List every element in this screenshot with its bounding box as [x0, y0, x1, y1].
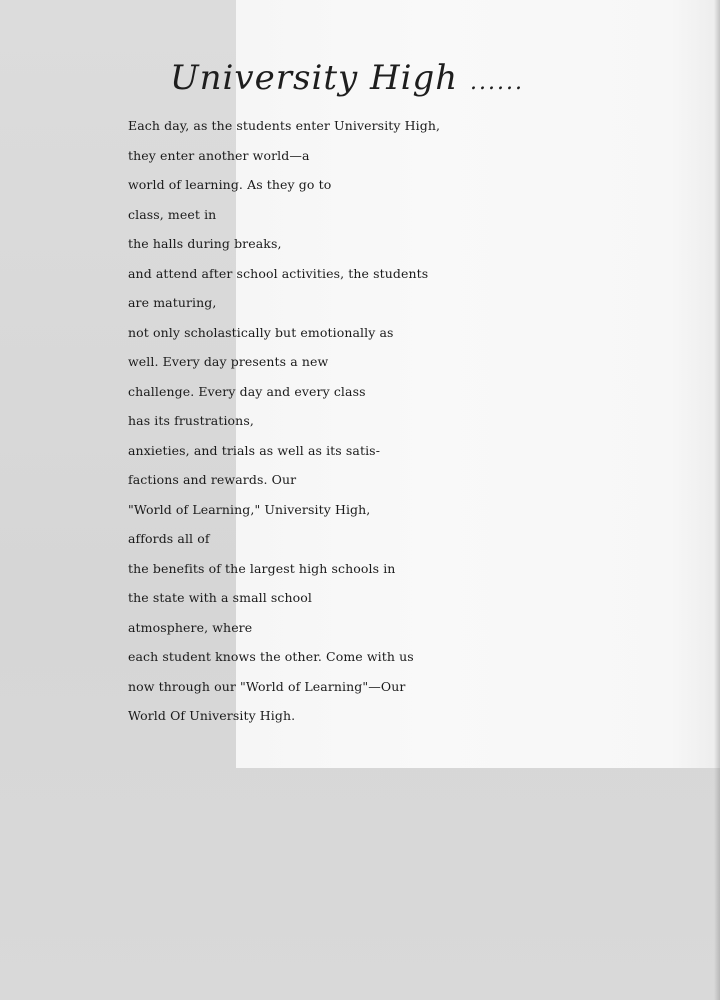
- text-line: "World of Learning," University High,: [128, 500, 440, 530]
- text-line: world of learning. As they go to: [128, 175, 440, 205]
- text-line: and attend after school activities, the …: [128, 264, 440, 294]
- text-line: the state with a small school: [128, 588, 440, 618]
- text-line: not only scholastically but emotionally …: [128, 323, 440, 353]
- text-line: World Of University High.: [128, 706, 440, 736]
- text-line: each student knows the other. Come with …: [128, 647, 440, 677]
- page-title-ellipsis: ......: [470, 70, 524, 95]
- text-line: atmosphere, where: [128, 618, 440, 648]
- page-edge-shadow: [714, 0, 720, 1000]
- text-line: challenge. Every day and every class: [128, 382, 440, 412]
- text-line: the halls during breaks,: [128, 234, 440, 264]
- page-title-text: University High: [170, 58, 458, 98]
- text-line: Each day, as the students enter Universi…: [128, 116, 440, 146]
- text-line: factions and rewards. Our: [128, 470, 440, 500]
- text-line: they enter another world—a: [128, 146, 440, 176]
- page-title: University High ......: [170, 58, 524, 98]
- text-line: well. Every day presents a new: [128, 352, 440, 382]
- text-line: the benefits of the largest high schools…: [128, 559, 440, 589]
- text-line: anxieties, and trials as well as its sat…: [128, 441, 440, 471]
- text-line: has its frustrations,: [128, 411, 440, 441]
- text-line: affords all of: [128, 529, 440, 559]
- text-line: now through our "World of Learning"—Our: [128, 677, 440, 707]
- text-line: are maturing,: [128, 293, 440, 323]
- body-text: Each day, as the students enter Universi…: [128, 116, 440, 736]
- text-line: class, meet in: [128, 205, 440, 235]
